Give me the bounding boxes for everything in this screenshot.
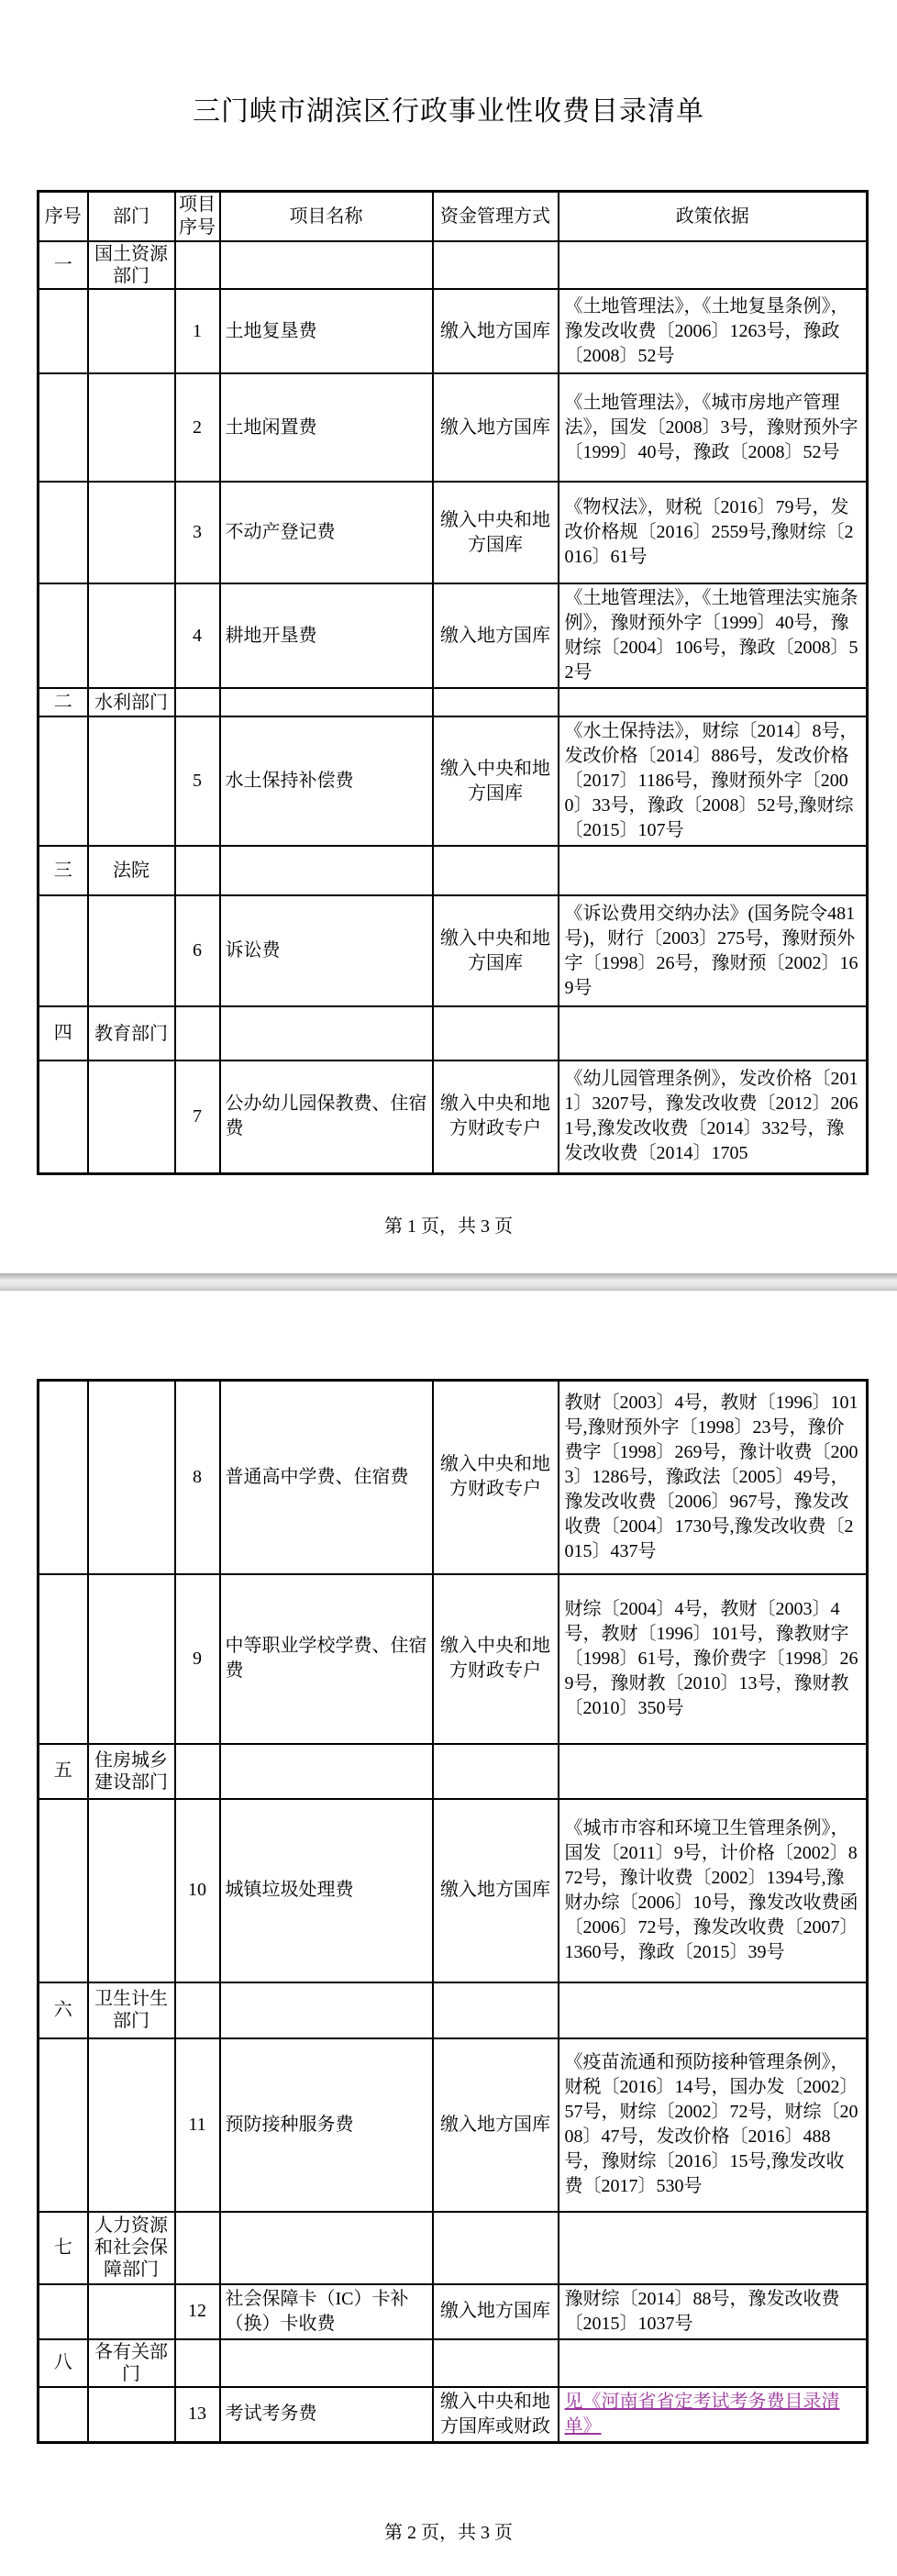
dept-cell (88, 583, 175, 688)
seq-cell (39, 895, 88, 1006)
fee-item-row: 2土地闲置费缴入地方国库《土地管理法》，《城市房地产管理法》，国发〔2008〕3… (39, 373, 868, 482)
item-no-cell: 1 (175, 289, 220, 373)
seq-cell: 四 (39, 1006, 88, 1060)
dept-cell (88, 482, 175, 583)
dept-cell: 住房城乡建设部门 (88, 1744, 175, 1799)
dept-cell (88, 895, 175, 1006)
item-no-cell: 4 (175, 583, 220, 688)
item-name-cell (220, 688, 433, 716)
item-name-cell (220, 1982, 433, 2038)
department-row: 六卫生计生部门 (39, 1982, 868, 2038)
fund-method-cell (433, 241, 559, 289)
fee-item-row: 4耕地开垦费缴入地方国库《土地管理法》，《土地管理法实施条例》，豫财预外字〔19… (39, 583, 868, 688)
seq-cell (39, 1381, 88, 1574)
policy-basis-cell: 财综〔2004〕4号，教财〔2003〕4号，教财〔1996〕101号，豫教财字〔… (559, 1574, 868, 1744)
exam-fee-catalog-link[interactable]: 见《河南省省定考试考务费目录清单》 (565, 2392, 840, 2437)
department-row: 一国土资源部门 (39, 241, 868, 289)
fund-method-cell: 缴入中央和地方国库或财政 (433, 2387, 559, 2443)
item-no-cell: 9 (175, 1574, 220, 1744)
fee-item-row: 10城镇垃圾处理费缴入地方国库《城市市容和环境卫生管理条例》，国发〔2011〕9… (39, 1799, 868, 1982)
department-row: 七人力资源和社会保障部门 (39, 2212, 868, 2284)
fund-method-cell: 缴入中央和地方财政专户 (433, 1574, 559, 1744)
item-name-cell: 公办幼儿园保教费、住宿费 (220, 1060, 433, 1173)
dept-cell: 卫生计生部门 (88, 1982, 175, 2038)
policy-basis-cell: 《疫苗流通和预防接种管理条例》，财税〔2016〕14号，国办发〔2002〕57号… (559, 2038, 868, 2212)
policy-basis-cell: 豫财综〔2014〕88号，豫发改收费〔2015〕1037号 (559, 2284, 868, 2339)
fee-item-row: 7公办幼儿园保教费、住宿费缴入中央和地方财政专户《幼儿园管理条例》，发改价格〔2… (39, 1060, 868, 1173)
policy-basis-cell: 《土地管理法》，《土地管理法实施条例》，豫财预外字〔1999〕40号，豫财综〔2… (559, 583, 868, 688)
fee-item-row: 1土地复垦费缴入地方国库《土地管理法》，《土地复垦条例》，豫发改收费〔2006〕… (39, 289, 868, 373)
item-name-cell (220, 2339, 433, 2387)
policy-basis-cell: 《土地管理法》，《城市房地产管理法》，国发〔2008〕3号，豫财预外字〔1999… (559, 373, 868, 482)
dept-cell: 教育部门 (88, 1006, 175, 1060)
policy-basis-cell (559, 688, 868, 716)
column-header-fund-method: 资金管理方式 (433, 192, 559, 242)
department-row: 二水利部门 (39, 688, 868, 716)
fund-method-cell (433, 2339, 559, 2387)
seq-cell: 八 (39, 2339, 88, 2387)
dept-cell: 人力资源和社会保障部门 (88, 2212, 175, 2284)
policy-basis-cell (559, 2212, 868, 2284)
seq-cell: 七 (39, 2212, 88, 2284)
seq-cell: 二 (39, 688, 88, 716)
dept-cell: 法院 (88, 846, 175, 895)
seq-cell (39, 2284, 88, 2339)
dept-cell (88, 1060, 175, 1173)
item-no-cell: 2 (175, 373, 220, 482)
page-footer-2: 第 2 页，共 3 页 (0, 2517, 897, 2544)
dept-cell (88, 289, 175, 373)
item-name-cell: 耕地开垦费 (220, 583, 433, 688)
dept-cell: 各有关部门 (88, 2339, 175, 2387)
column-header-item-name: 项目名称 (220, 192, 433, 242)
fund-method-cell (433, 688, 559, 716)
item-name-cell: 不动产登记费 (220, 482, 433, 583)
document-title: 三门峡市湖滨区行政事业性收费目录清单 (0, 88, 897, 128)
item-no-cell: 10 (175, 1799, 220, 1982)
item-no-cell: 5 (175, 716, 220, 846)
policy-basis-cell: 《幼儿园管理条例》，发改价格〔2011〕3207号，豫发改收费〔2012〕206… (559, 1060, 868, 1173)
item-no-cell: 3 (175, 482, 220, 583)
item-no-cell (175, 241, 220, 289)
fee-item-row: 8普通高中学费、住宿费缴入中央和地方财政专户教财〔2003〕4号，教财〔1996… (39, 1381, 868, 1574)
seq-cell (39, 1060, 88, 1173)
seq-cell (39, 482, 88, 583)
dept-cell (88, 2038, 175, 2212)
item-name-cell (220, 241, 433, 289)
fund-method-cell (433, 846, 559, 895)
dept-cell (88, 2284, 175, 2339)
item-name-cell: 预防接种服务费 (220, 2038, 433, 2212)
item-name-cell: 社会保障卡（IC）卡补（换）卡收费 (220, 2284, 433, 2339)
policy-basis-cell (559, 846, 868, 895)
policy-basis-cell (559, 1982, 868, 2038)
item-name-cell: 普通高中学费、住宿费 (220, 1381, 433, 1574)
item-name-cell: 土地复垦费 (220, 289, 433, 373)
item-no-cell (175, 688, 220, 716)
item-name-cell (220, 1744, 433, 1799)
dept-cell: 国土资源部门 (88, 241, 175, 289)
policy-basis-cell (559, 2339, 868, 2387)
seq-cell (39, 716, 88, 846)
fee-item-row: 5水土保持补偿费缴入中央和地方国库《水土保持法》，财综〔2014〕8号，发改价格… (39, 716, 868, 846)
department-row: 五住房城乡建设部门 (39, 1744, 868, 1799)
fee-table-page-1: 序号部门项目序号项目名称资金管理方式政策依据一国土资源部门1土地复垦费缴入地方国… (37, 190, 869, 1175)
item-no-cell (175, 1744, 220, 1799)
fund-method-cell: 缴入地方国库 (433, 2038, 559, 2212)
policy-basis-cell: 《水土保持法》，财综〔2014〕8号，发改价格〔2014〕886号，发改价格〔2… (559, 716, 868, 846)
item-no-cell: 12 (175, 2284, 220, 2339)
item-name-cell: 土地闲置费 (220, 373, 433, 482)
fee-table-page-2: 8普通高中学费、住宿费缴入中央和地方财政专户教财〔2003〕4号，教财〔1996… (37, 1379, 869, 2444)
policy-basis-cell: 教财〔2003〕4号，教财〔1996〕101号,豫财预外字〔1998〕23号，豫… (559, 1381, 868, 1574)
item-name-cell: 城镇垃圾处理费 (220, 1799, 433, 1982)
dept-cell: 水利部门 (88, 688, 175, 716)
dept-cell (88, 716, 175, 846)
fund-method-cell: 缴入中央和地方国库 (433, 482, 559, 583)
policy-basis-cell: 《诉讼费用交纳办法》(国务院令481号)，财行〔2003〕275号，豫财预外字〔… (559, 895, 868, 1006)
item-name-cell: 水土保持补偿费 (220, 716, 433, 846)
seq-cell: 五 (39, 1744, 88, 1799)
fund-method-cell: 缴入中央和地方国库 (433, 716, 559, 846)
fund-method-cell: 缴入中央和地方财政专户 (433, 1060, 559, 1173)
column-header-dept: 部门 (88, 192, 175, 242)
column-header-seq: 序号 (39, 192, 88, 242)
fund-method-cell (433, 1744, 559, 1799)
column-header-policy-basis: 政策依据 (559, 192, 868, 242)
seq-cell (39, 373, 88, 482)
dept-cell (88, 373, 175, 482)
policy-basis-cell: 《物权法》，财税〔2016〕79号，发改价格规〔2016〕2559号,豫财综〔2… (559, 482, 868, 583)
seq-cell (39, 1799, 88, 1982)
item-no-cell (175, 1006, 220, 1060)
fund-method-cell: 缴入地方国库 (433, 289, 559, 373)
policy-basis-cell (559, 1006, 868, 1060)
fund-method-cell (433, 1982, 559, 2038)
seq-cell (39, 2038, 88, 2212)
item-name-cell: 考试考务费 (220, 2387, 433, 2443)
item-no-cell (175, 846, 220, 895)
department-row: 四教育部门 (39, 1006, 868, 1060)
dept-cell (88, 2387, 175, 2443)
item-no-cell: 7 (175, 1060, 220, 1173)
fee-item-row: 13考试考务费缴入中央和地方国库或财政见《河南省省定考试考务费目录清单》 (39, 2387, 868, 2443)
item-name-cell: 中等职业学校学费、住宿费 (220, 1574, 433, 1744)
department-row: 三法院 (39, 846, 868, 895)
item-no-cell: 8 (175, 1381, 220, 1574)
fee-item-row: 9中等职业学校学费、住宿费缴入中央和地方财政专户财综〔2004〕4号，教财〔20… (39, 1574, 868, 1744)
seq-cell: 一 (39, 241, 88, 289)
fee-item-row: 11预防接种服务费缴入地方国库《疫苗流通和预防接种管理条例》，财税〔2016〕1… (39, 2038, 868, 2212)
seq-cell (39, 289, 88, 373)
dept-cell (88, 1799, 175, 1982)
item-name-cell (220, 846, 433, 895)
dept-cell (88, 1574, 175, 1744)
item-no-cell: 6 (175, 895, 220, 1006)
item-name-cell (220, 2212, 433, 2284)
seq-cell (39, 2387, 88, 2443)
seq-cell (39, 583, 88, 688)
fee-item-row: 6诉讼费缴入中央和地方国库《诉讼费用交纳办法》(国务院令481号)，财行〔200… (39, 895, 868, 1006)
item-name-cell (220, 1006, 433, 1060)
policy-basis-cell: 见《河南省省定考试考务费目录清单》 (559, 2387, 868, 2443)
seq-cell: 三 (39, 846, 88, 895)
fee-item-row: 12社会保障卡（IC）卡补（换）卡收费缴入地方国库豫财综〔2014〕88号，豫发… (39, 2284, 868, 2339)
department-row: 八各有关部门 (39, 2339, 868, 2387)
fund-method-cell (433, 1006, 559, 1060)
item-no-cell (175, 1982, 220, 2038)
seq-cell (39, 1574, 88, 1744)
item-no-cell: 13 (175, 2387, 220, 2443)
item-name-cell: 诉讼费 (220, 895, 433, 1006)
page-separator (0, 1273, 897, 1291)
item-no-cell (175, 2339, 220, 2387)
policy-basis-cell (559, 241, 868, 289)
policy-basis-cell: 《土地管理法》，《土地复垦条例》，豫发改收费〔2006〕1263号，豫政〔200… (559, 289, 868, 373)
item-no-cell: 11 (175, 2038, 220, 2212)
page-footer-1: 第 1 页，共 3 页 (0, 1211, 897, 1238)
column-header-item-no: 项目序号 (175, 192, 220, 242)
dept-cell (88, 1381, 175, 1574)
fund-method-cell: 缴入地方国库 (433, 2284, 559, 2339)
fund-method-cell (433, 2212, 559, 2284)
fee-item-row: 3不动产登记费缴入中央和地方国库《物权法》，财税〔2016〕79号，发改价格规〔… (39, 482, 868, 583)
table-header-row: 序号部门项目序号项目名称资金管理方式政策依据 (39, 192, 868, 242)
policy-basis-cell: 《城市市容和环境卫生管理条例》，国发〔2011〕9号，计价格〔2002〕872号… (559, 1799, 868, 1982)
fund-method-cell: 缴入地方国库 (433, 583, 559, 688)
policy-basis-cell (559, 1744, 868, 1799)
fund-method-cell: 缴入中央和地方国库 (433, 895, 559, 1006)
fund-method-cell: 缴入地方国库 (433, 373, 559, 482)
fund-method-cell: 缴入地方国库 (433, 1799, 559, 1982)
seq-cell: 六 (39, 1982, 88, 2038)
item-no-cell (175, 2212, 220, 2284)
fund-method-cell: 缴入中央和地方财政专户 (433, 1381, 559, 1574)
